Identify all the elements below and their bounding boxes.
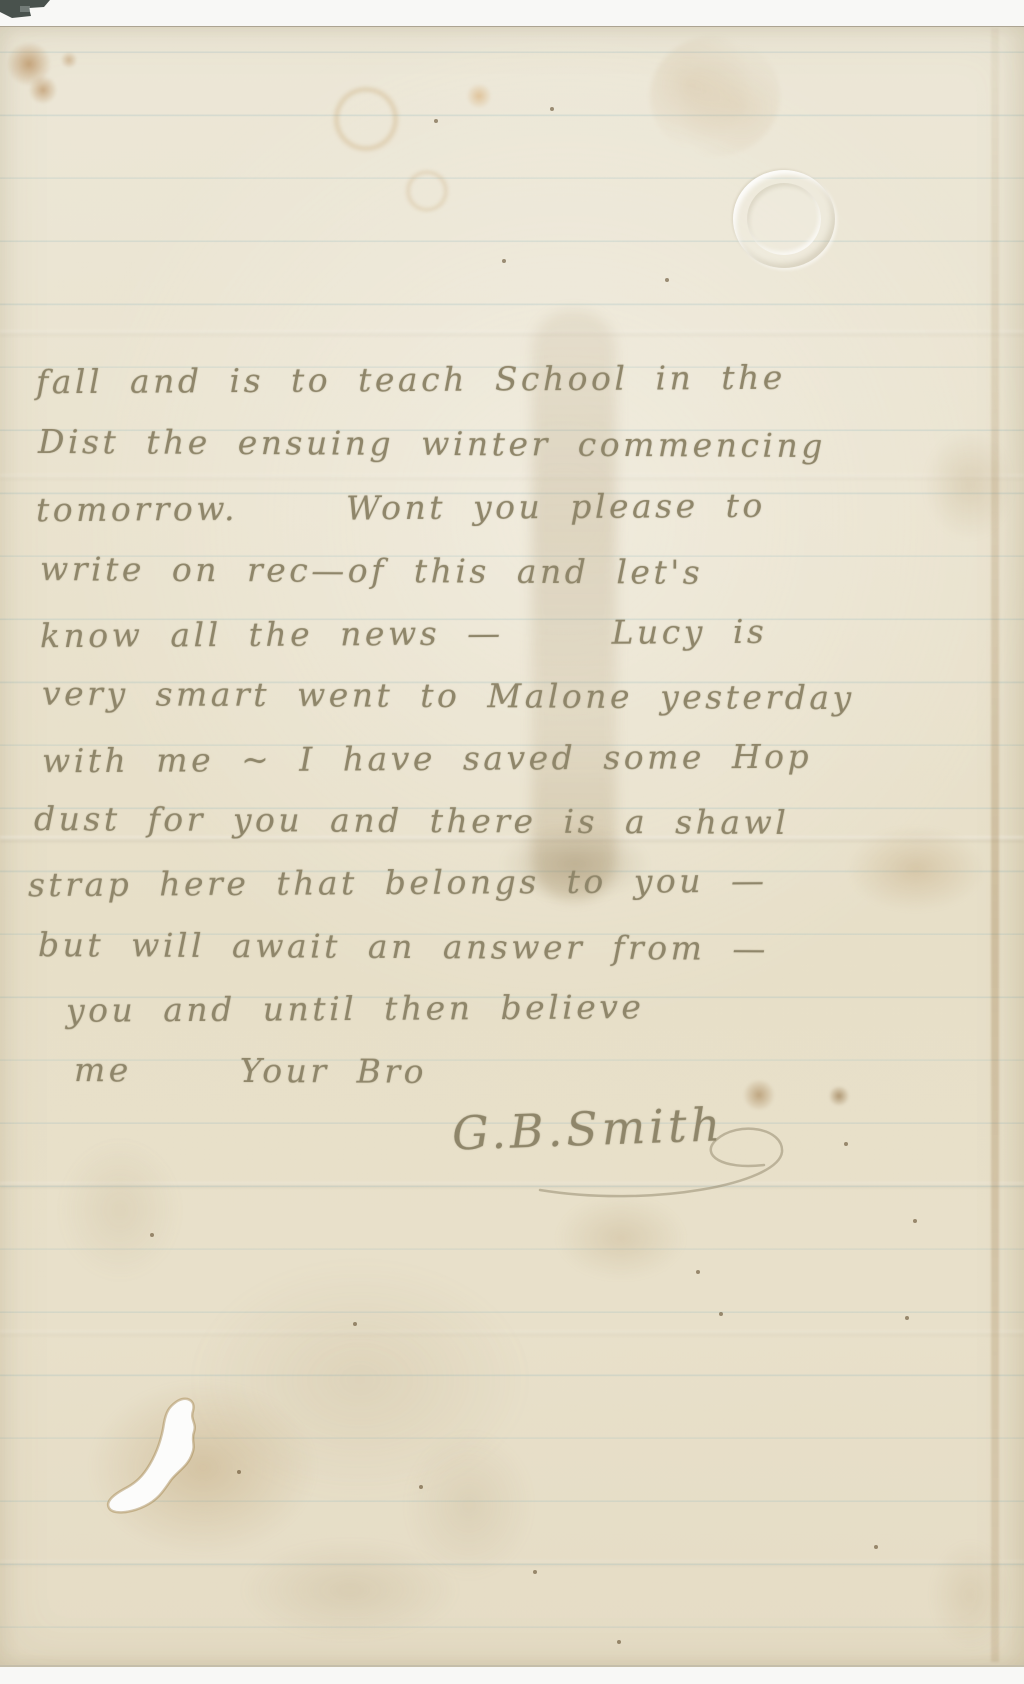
handwritten-line: but will await an answer from — xyxy=(38,925,769,968)
handwritten-line: very smart went to Malone yesterday xyxy=(42,674,855,718)
foxing-dot xyxy=(665,278,669,282)
handwritten-line: know all the news — Lucy is xyxy=(40,612,768,656)
foxing-dot xyxy=(353,1322,357,1326)
binder-clip xyxy=(0,0,54,22)
handwritten-line: tomorrow. Wont you please to xyxy=(36,486,766,530)
handwritten-line: me Your Bro xyxy=(74,1050,427,1091)
foxing-dot xyxy=(502,259,506,263)
handwritten-line: write on rec—of this and let's xyxy=(40,549,703,592)
foxing-dot xyxy=(844,1142,848,1146)
fold-crease xyxy=(991,28,999,1662)
foxing-dot xyxy=(150,1233,154,1237)
fold-crease xyxy=(0,1182,1024,1189)
foxing-dot xyxy=(434,119,438,123)
handwritten-line: strap here that belongs to you — xyxy=(28,861,768,905)
handwritten-line: with me ~ I have saved some Hop xyxy=(42,737,812,781)
signature: G.B.Smith xyxy=(451,1101,725,1156)
handwritten-line: you and until then believe xyxy=(66,987,645,1030)
foxing-dot xyxy=(905,1316,909,1320)
foxing-dot xyxy=(913,1219,917,1223)
fold-crease xyxy=(0,1560,1024,1567)
foxing-dot xyxy=(719,1312,723,1316)
fold-crease xyxy=(0,330,1024,337)
handwritten-line: dust for you and there is a shawl xyxy=(34,799,790,843)
embossed-seal xyxy=(733,170,835,268)
scan-background: fall and is to teach School in the Dist … xyxy=(0,0,1024,1684)
fold-crease xyxy=(0,1330,1024,1337)
fold-crease xyxy=(0,474,1024,481)
torn-hole xyxy=(104,1392,244,1537)
foxing-dot xyxy=(874,1545,878,1549)
foxing-dot xyxy=(696,1270,700,1274)
foxing-dot xyxy=(617,1640,621,1644)
handwritten-line: fall and is to teach School in the xyxy=(36,358,786,402)
handwritten-line: Dist the ensuing winter commencing xyxy=(38,422,826,466)
foxing-dot xyxy=(550,107,554,111)
foxing-dot xyxy=(533,1570,537,1574)
foxing-dot xyxy=(419,1485,423,1489)
